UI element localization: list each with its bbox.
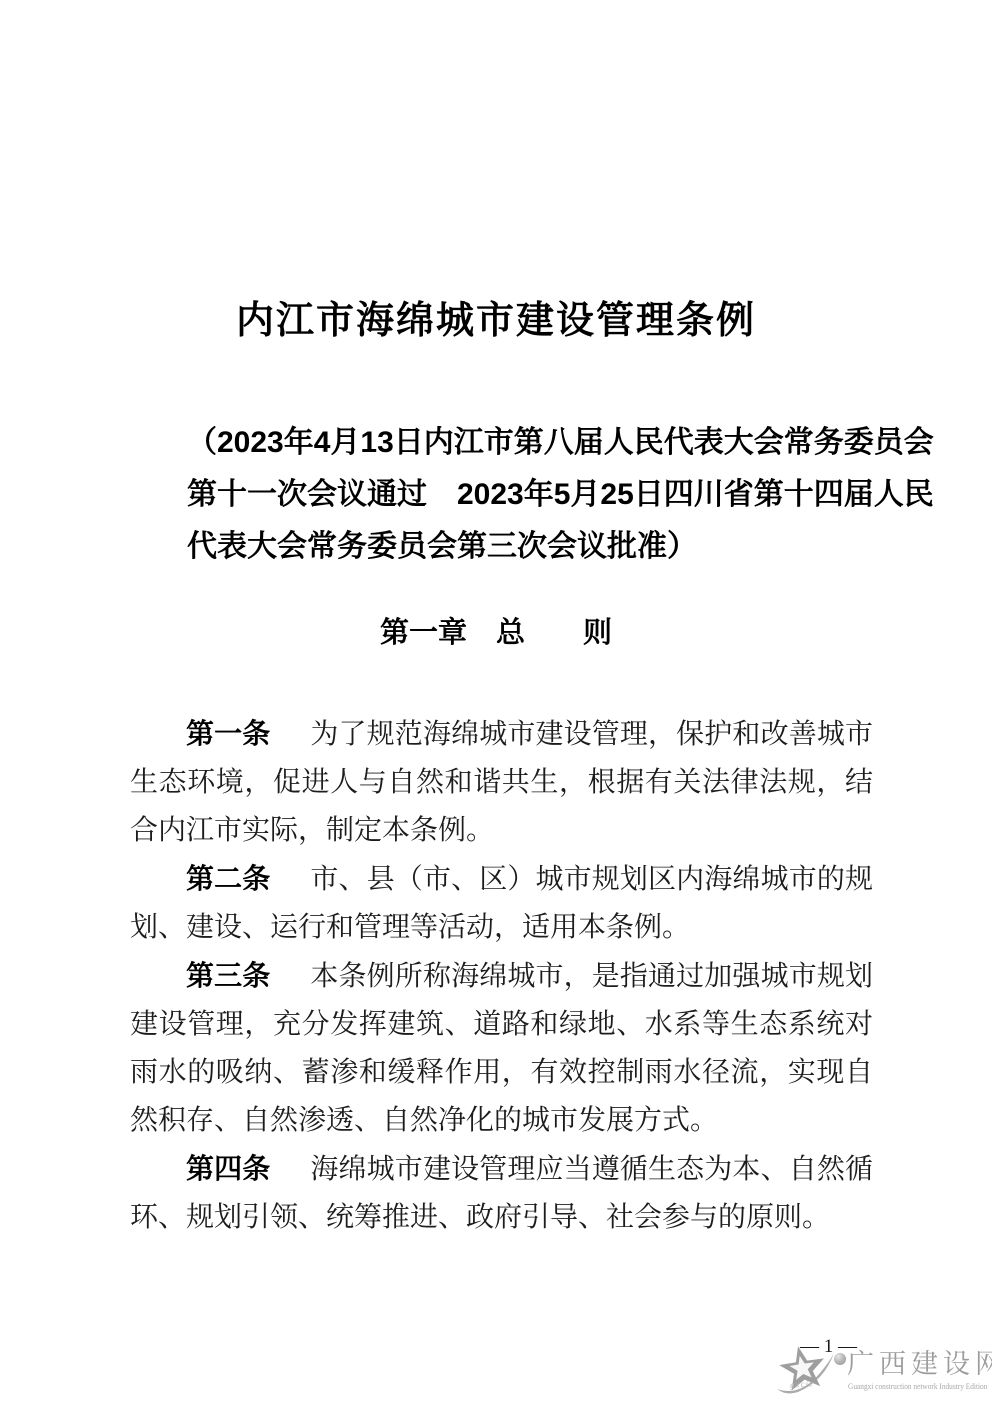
watermark-site-tagline: Guangxi construction network Industry Ed… [848,1382,987,1391]
article-paragraph: 第一条为了规范海绵城市建设管理，保护和改善城市生态环境，促进人与自然和谐共生，根… [130,710,873,855]
article-paragraph: 第四条海绵城市建设管理应当遵循生态为本、自然循环、规划引领、统筹推进、政府引导、… [130,1145,873,1242]
articles-body: 第一条为了规范海绵城市建设管理，保护和改善城市生态环境，促进人与自然和谐共生，根… [130,710,873,1242]
article-paragraph: 第三条本条例所称海绵城市，是指通过加强城市规划建设管理，充分发挥建筑、道路和绿地… [130,952,873,1145]
article-number-label: 第一条 [186,718,270,749]
preamble-line: 代表大会常务委员会第三次会议批准） [187,521,887,573]
logo-signature-text: gxcic [790,1378,815,1390]
preamble: （2023年4月13日内江市第八届人民代表大会常务委员会 第十一次会议通过 20… [187,417,887,573]
article-paragraph: 第二条市、县（市、区）城市规划区内海绵城市的规划、建设、运行和管理等活动，适用本… [130,855,873,952]
document-title: 内江市海绵城市建设管理条例 [0,297,992,346]
article-number-label: 第四条 [186,1153,270,1184]
preamble-line: 第十一次会议通过 2023年5月25日四川省第十四届人民 [187,469,887,521]
article-number-label: 第三条 [186,960,270,991]
chapter-heading: 第一章 总 则 [0,612,992,654]
document-page: 内江市海绵城市建设管理条例 （2023年4月13日内江市第八届人民代表大会常务委… [0,0,992,1403]
article-number-label: 第二条 [186,863,270,894]
preamble-line: （2023年4月13日内江市第八届人民代表大会常务委员会 [187,417,887,469]
page-number: — 1 — [800,1336,880,1358]
